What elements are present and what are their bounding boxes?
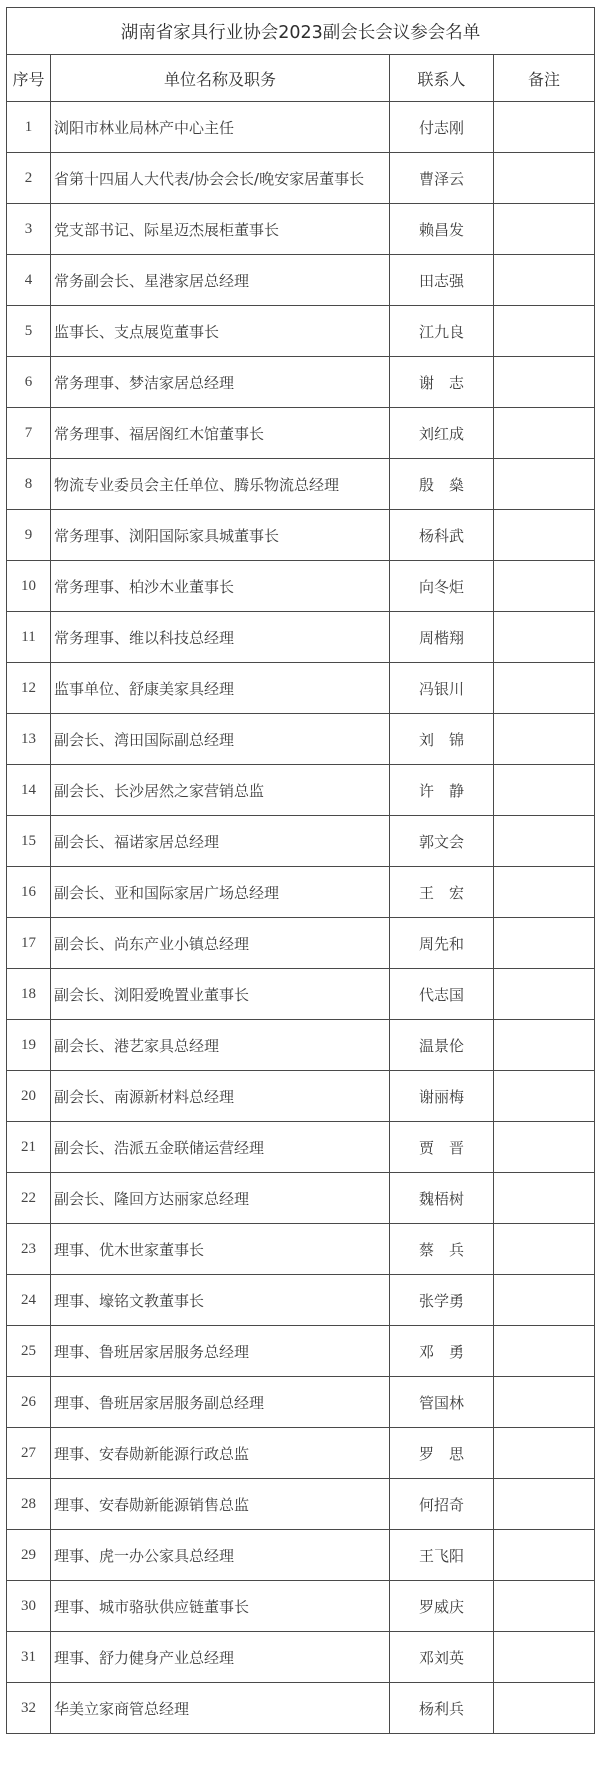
column-header-no: 序号 xyxy=(7,55,51,102)
table-row: 14副会长、长沙居然之家营销总监许 静 xyxy=(7,765,595,816)
row-number: 18 xyxy=(7,969,51,1020)
table-row: 21副会长、浩派五金联储运营经理贾 晋 xyxy=(7,1122,595,1173)
table-row: 12监事单位、舒康美家具经理冯银川 xyxy=(7,663,595,714)
row-number: 16 xyxy=(7,867,51,918)
unit-and-title: 理事、舒力健身产业总经理 xyxy=(51,1632,390,1683)
contact-person: 温景伦 xyxy=(390,1020,494,1071)
row-number: 14 xyxy=(7,765,51,816)
table-row: 15副会长、福诺家居总经理郭文会 xyxy=(7,816,595,867)
contact-person: 罗威庆 xyxy=(390,1581,494,1632)
row-number: 3 xyxy=(7,204,51,255)
row-number: 8 xyxy=(7,459,51,510)
table-row: 13副会长、湾田国际副总经理刘 锦 xyxy=(7,714,595,765)
contact-person: 代志国 xyxy=(390,969,494,1020)
table-row: 28理事、安春勋新能源销售总监何招奇 xyxy=(7,1479,595,1530)
contact-person: 何招奇 xyxy=(390,1479,494,1530)
table-row: 29理事、虎一办公家具总经理王飞阳 xyxy=(7,1530,595,1581)
note-cell xyxy=(494,204,595,255)
unit-and-title: 党支部书记、际星迈杰展柜董事长 xyxy=(51,204,390,255)
contact-person: 殷 燊 xyxy=(390,459,494,510)
unit-and-title: 理事、鲁班居家居服务副总经理 xyxy=(51,1377,390,1428)
contact-person: 邓刘英 xyxy=(390,1632,494,1683)
unit-and-title: 理事、鲁班居家居服务总经理 xyxy=(51,1326,390,1377)
unit-and-title: 常务理事、浏阳国际家具城董事长 xyxy=(51,510,390,561)
contact-person: 刘红成 xyxy=(390,408,494,459)
contact-person: 谢 志 xyxy=(390,357,494,408)
unit-and-title: 理事、安春勋新能源行政总监 xyxy=(51,1428,390,1479)
note-cell xyxy=(494,1683,595,1734)
unit-and-title: 副会长、隆回方达丽家总经理 xyxy=(51,1173,390,1224)
row-number: 30 xyxy=(7,1581,51,1632)
row-number: 22 xyxy=(7,1173,51,1224)
column-header-note: 备注 xyxy=(494,55,595,102)
table-row: 32华美立家商管总经理杨利兵 xyxy=(7,1683,595,1734)
note-cell xyxy=(494,663,595,714)
row-number: 15 xyxy=(7,816,51,867)
row-number: 5 xyxy=(7,306,51,357)
row-number: 31 xyxy=(7,1632,51,1683)
table-row: 23理事、优木世家董事长蔡 兵 xyxy=(7,1224,595,1275)
note-cell xyxy=(494,918,595,969)
contact-person: 周先和 xyxy=(390,918,494,969)
contact-person: 田志强 xyxy=(390,255,494,306)
note-cell xyxy=(494,102,595,153)
table-row: 24理事、壕铭文教董事长张学勇 xyxy=(7,1275,595,1326)
unit-and-title: 副会长、港艺家具总经理 xyxy=(51,1020,390,1071)
row-number: 11 xyxy=(7,612,51,663)
note-cell xyxy=(494,255,595,306)
row-number: 23 xyxy=(7,1224,51,1275)
row-number: 27 xyxy=(7,1428,51,1479)
table-row: 2省第十四届人大代表/协会会长/晚安家居董事长曹泽云 xyxy=(7,153,595,204)
note-cell xyxy=(494,1428,595,1479)
contact-person: 张学勇 xyxy=(390,1275,494,1326)
contact-person: 罗 思 xyxy=(390,1428,494,1479)
note-cell xyxy=(494,816,595,867)
contact-person: 王飞阳 xyxy=(390,1530,494,1581)
unit-and-title: 副会长、亚和国际家居广场总经理 xyxy=(51,867,390,918)
table-row: 7常务理事、福居阁红木馆董事长刘红成 xyxy=(7,408,595,459)
unit-and-title: 理事、安春勋新能源销售总监 xyxy=(51,1479,390,1530)
unit-and-title: 副会长、浩派五金联储运营经理 xyxy=(51,1122,390,1173)
table-row: 16副会长、亚和国际家居广场总经理王 宏 xyxy=(7,867,595,918)
row-number: 13 xyxy=(7,714,51,765)
unit-and-title: 理事、壕铭文教董事长 xyxy=(51,1275,390,1326)
table-row: 20副会长、南源新材料总经理谢丽梅 xyxy=(7,1071,595,1122)
contact-person: 许 静 xyxy=(390,765,494,816)
table-row: 6常务理事、梦洁家居总经理谢 志 xyxy=(7,357,595,408)
note-cell xyxy=(494,867,595,918)
unit-and-title: 物流专业委员会主任单位、腾乐物流总经理 xyxy=(51,459,390,510)
row-number: 21 xyxy=(7,1122,51,1173)
note-cell xyxy=(494,510,595,561)
row-number: 19 xyxy=(7,1020,51,1071)
row-number: 24 xyxy=(7,1275,51,1326)
row-number: 20 xyxy=(7,1071,51,1122)
row-number: 2 xyxy=(7,153,51,204)
unit-and-title: 监事单位、舒康美家具经理 xyxy=(51,663,390,714)
note-cell xyxy=(494,1632,595,1683)
note-cell xyxy=(494,1173,595,1224)
note-cell xyxy=(494,153,595,204)
contact-person: 付志刚 xyxy=(390,102,494,153)
row-number: 25 xyxy=(7,1326,51,1377)
table-row: 4常务副会长、星港家居总经理田志强 xyxy=(7,255,595,306)
row-number: 4 xyxy=(7,255,51,306)
unit-and-title: 理事、优木世家董事长 xyxy=(51,1224,390,1275)
contact-person: 蔡 兵 xyxy=(390,1224,494,1275)
table-row: 31理事、舒力健身产业总经理邓刘英 xyxy=(7,1632,595,1683)
unit-and-title: 副会长、长沙居然之家营销总监 xyxy=(51,765,390,816)
table-row: 18副会长、浏阳爱晚置业董事长代志国 xyxy=(7,969,595,1020)
unit-and-title: 常务理事、维以科技总经理 xyxy=(51,612,390,663)
contact-person: 冯银川 xyxy=(390,663,494,714)
table-row: 1浏阳市林业局林产中心主任付志刚 xyxy=(7,102,595,153)
row-number: 1 xyxy=(7,102,51,153)
table-row: 27理事、安春勋新能源行政总监罗 思 xyxy=(7,1428,595,1479)
table-row: 11常务理事、维以科技总经理周楷翔 xyxy=(7,612,595,663)
contact-person: 郭文会 xyxy=(390,816,494,867)
column-header-contact: 联系人 xyxy=(390,55,494,102)
row-number: 12 xyxy=(7,663,51,714)
table-row: 17副会长、尚东产业小镇总经理周先和 xyxy=(7,918,595,969)
note-cell xyxy=(494,1479,595,1530)
row-number: 6 xyxy=(7,357,51,408)
contact-person: 邓 勇 xyxy=(390,1326,494,1377)
contact-person: 周楷翔 xyxy=(390,612,494,663)
note-cell xyxy=(494,969,595,1020)
table-row: 5监事长、支点展览董事长江九良 xyxy=(7,306,595,357)
table-row: 26理事、鲁班居家居服务副总经理管国林 xyxy=(7,1377,595,1428)
column-header-unit: 单位名称及职务 xyxy=(51,55,390,102)
note-cell xyxy=(494,714,595,765)
contact-person: 魏梧树 xyxy=(390,1173,494,1224)
note-cell xyxy=(494,1377,595,1428)
contact-person: 谢丽梅 xyxy=(390,1071,494,1122)
unit-and-title: 华美立家商管总经理 xyxy=(51,1683,390,1734)
table-row: 3党支部书记、际星迈杰展柜董事长赖昌发 xyxy=(7,204,595,255)
table-row: 30理事、城市骆驮供应链董事长罗威庆 xyxy=(7,1581,595,1632)
table-row: 9常务理事、浏阳国际家具城董事长杨科武 xyxy=(7,510,595,561)
note-cell xyxy=(494,1581,595,1632)
unit-and-title: 副会长、福诺家居总经理 xyxy=(51,816,390,867)
attendee-table: 湖南省家具行业协会2023副会长会议参会名单 序号 单位名称及职务 联系人 备注… xyxy=(6,7,595,1734)
unit-and-title: 常务理事、福居阁红木馆董事长 xyxy=(51,408,390,459)
note-cell xyxy=(494,1326,595,1377)
table-row: 19副会长、港艺家具总经理温景伦 xyxy=(7,1020,595,1071)
contact-person: 王 宏 xyxy=(390,867,494,918)
note-cell xyxy=(494,612,595,663)
unit-and-title: 监事长、支点展览董事长 xyxy=(51,306,390,357)
unit-and-title: 省第十四届人大代表/协会会长/晚安家居董事长 xyxy=(51,153,390,204)
note-cell xyxy=(494,408,595,459)
unit-and-title: 常务理事、梦洁家居总经理 xyxy=(51,357,390,408)
row-number: 26 xyxy=(7,1377,51,1428)
note-cell xyxy=(494,306,595,357)
header-row: 序号 单位名称及职务 联系人 备注 xyxy=(7,55,595,102)
row-number: 32 xyxy=(7,1683,51,1734)
note-cell xyxy=(494,1530,595,1581)
unit-and-title: 理事、虎一办公家具总经理 xyxy=(51,1530,390,1581)
contact-person: 赖昌发 xyxy=(390,204,494,255)
note-cell xyxy=(494,1122,595,1173)
note-cell xyxy=(494,1224,595,1275)
unit-and-title: 浏阳市林业局林产中心主任 xyxy=(51,102,390,153)
row-number: 28 xyxy=(7,1479,51,1530)
contact-person: 江九良 xyxy=(390,306,494,357)
row-number: 9 xyxy=(7,510,51,561)
contact-person: 刘 锦 xyxy=(390,714,494,765)
unit-and-title: 副会长、湾田国际副总经理 xyxy=(51,714,390,765)
contact-person: 杨科武 xyxy=(390,510,494,561)
contact-person: 向冬炬 xyxy=(390,561,494,612)
document-title: 湖南省家具行业协会2023副会长会议参会名单 xyxy=(7,8,595,55)
attendee-list-sheet: 湖南省家具行业协会2023副会长会议参会名单 序号 单位名称及职务 联系人 备注… xyxy=(6,7,594,1734)
contact-person: 曹泽云 xyxy=(390,153,494,204)
unit-and-title: 理事、城市骆驮供应链董事长 xyxy=(51,1581,390,1632)
note-cell xyxy=(494,1275,595,1326)
note-cell xyxy=(494,357,595,408)
note-cell xyxy=(494,1071,595,1122)
contact-person: 贾 晋 xyxy=(390,1122,494,1173)
row-number: 7 xyxy=(7,408,51,459)
unit-and-title: 副会长、南源新材料总经理 xyxy=(51,1071,390,1122)
unit-and-title: 副会长、浏阳爱晚置业董事长 xyxy=(51,969,390,1020)
table-row: 25理事、鲁班居家居服务总经理邓 勇 xyxy=(7,1326,595,1377)
note-cell xyxy=(494,561,595,612)
note-cell xyxy=(494,1020,595,1071)
unit-and-title: 副会长、尚东产业小镇总经理 xyxy=(51,918,390,969)
title-row: 湖南省家具行业协会2023副会长会议参会名单 xyxy=(7,8,595,55)
note-cell xyxy=(494,459,595,510)
contact-person: 管国林 xyxy=(390,1377,494,1428)
table-row: 22副会长、隆回方达丽家总经理魏梧树 xyxy=(7,1173,595,1224)
row-number: 10 xyxy=(7,561,51,612)
note-cell xyxy=(494,765,595,816)
table-row: 8物流专业委员会主任单位、腾乐物流总经理殷 燊 xyxy=(7,459,595,510)
row-number: 29 xyxy=(7,1530,51,1581)
unit-and-title: 常务副会长、星港家居总经理 xyxy=(51,255,390,306)
unit-and-title: 常务理事、柏沙木业董事长 xyxy=(51,561,390,612)
contact-person: 杨利兵 xyxy=(390,1683,494,1734)
table-row: 10常务理事、柏沙木业董事长向冬炬 xyxy=(7,561,595,612)
row-number: 17 xyxy=(7,918,51,969)
